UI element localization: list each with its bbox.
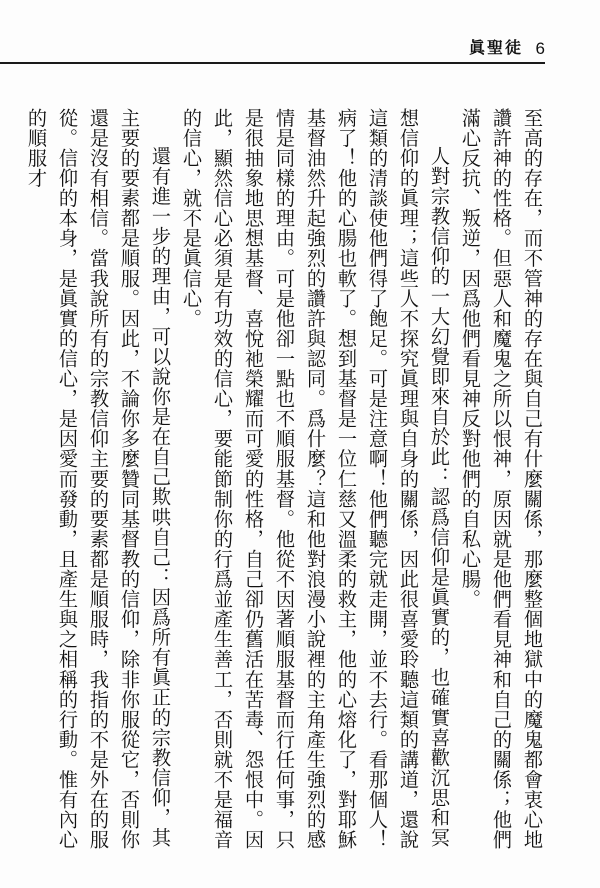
paragraph-2: 人對宗教信仰的一大幻覺即來自於此：認爲信仰是眞實的，也確實喜歡沉思和冥想信仰的眞… (176, 108, 455, 853)
running-header: 眞聖徒 6 (0, 30, 545, 64)
page-number: 6 (536, 39, 545, 59)
vertical-body-text: 至高的存在，而不管神的存在與自己有什麼關係，那麼整個地獄中的魔鬼都會衷心地讚許神… (21, 108, 548, 853)
paragraph-1: 至高的存在，而不管神的存在與自己有什麼關係，那麼整個地獄中的魔鬼都會衷心地讚許神… (455, 108, 548, 853)
book-page: 眞聖徒 6 至高的存在，而不管神的存在與自己有什麼關係，那麼整個地獄中的魔鬼都會… (0, 0, 600, 888)
paragraph-3: 還有進一步的理由，可以說你是在自己欺哄自己：因爲所有眞正的宗教信仰，其主要的要素… (21, 108, 176, 853)
running-header-title: 眞聖徒 (469, 35, 523, 58)
